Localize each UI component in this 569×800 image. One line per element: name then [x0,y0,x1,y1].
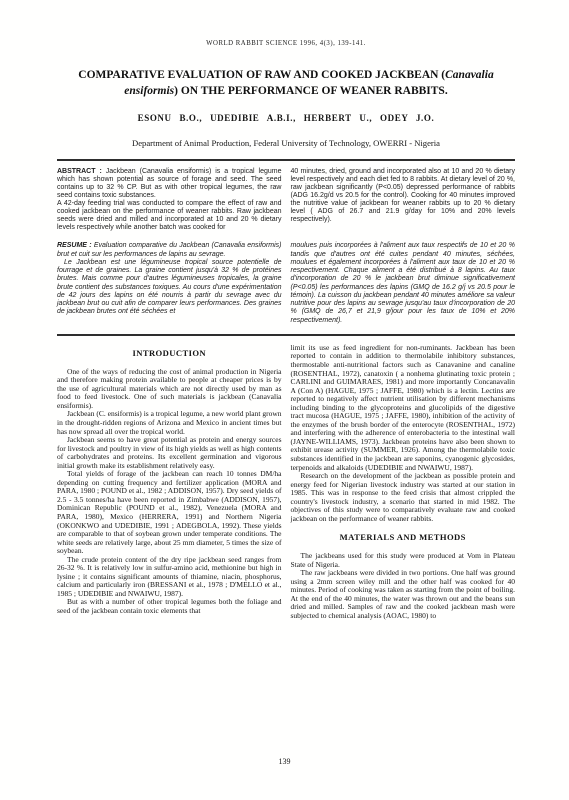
abstract-paragraph: 40 minutes, dried, ground and incorporat… [291,168,516,224]
abstract-right-column: 40 minutes, dried, ground and incorporat… [291,168,516,232]
body-paragraph: limit its use as feed ingredient for non… [291,344,516,472]
body-paragraph: Jackbean (C. ensiformis) is a tropical l… [57,410,282,436]
paper-title: COMPARATIVE EVALUATION OF RAW AND COOKED… [57,68,515,99]
abstract-left-column: ABSTRACT : Jackbean (Canavalia ensiformi… [57,168,282,232]
abstract-paragraph: A 42-day feeding trial was conducted to … [57,200,282,232]
body-paragraph: The raw jackbeans were divided in two po… [291,569,516,620]
page-number: 139 [0,757,569,766]
abstract-label: ABSTRACT : [57,168,102,175]
resume-paragraph: moulues puis incorporées à l'aliment aux… [291,242,516,325]
resume-section: RESUME : Evaluation comparative du Jackb… [57,242,515,325]
title-part2: ) ON THE PERFORMANCE OF WEANER RABBITS. [174,85,448,97]
journal-header: WORLD RABBIT SCIENCE 1996, 4(3), 139-141… [57,40,515,47]
resume-label: RESUME : [57,242,92,249]
introduction-heading: INTRODUCTION [57,349,282,359]
body-paragraph: But as with a number of other tropical l… [57,598,282,615]
abstract-section: ABSTRACT : Jackbean (Canavalia ensiformi… [57,168,515,232]
abstract-paragraph: ABSTRACT : Jackbean (Canavalia ensiformi… [57,168,282,200]
resume-right-column: moulues puis incorporées à l'aliment aux… [291,242,516,325]
body-paragraph: The crude protein content of the dry rip… [57,556,282,599]
affiliation-line: Department of Animal Production, Federal… [57,138,515,148]
mid-divider [57,334,515,336]
body-paragraph: Research on the development of the jackb… [291,472,516,523]
resume-paragraph: Le Jackbean est une légumineuse tropical… [57,259,282,317]
body-left-column: INTRODUCTION One of the ways of reducing… [57,344,282,621]
paper-page: WORLD RABBIT SCIENCE 1996, 4(3), 139-141… [0,0,569,800]
main-text: INTRODUCTION One of the ways of reducing… [57,344,515,621]
title-part1: COMPARATIVE EVALUATION OF RAW AND COOKED… [78,69,445,81]
body-right-column: limit its use as feed ingredient for non… [291,344,516,621]
materials-heading: MATERIALS AND METHODS [291,533,516,543]
body-paragraph: Jackbean seems to have great potential a… [57,436,282,470]
resume-title-paragraph: RESUME : Evaluation comparative du Jackb… [57,242,282,259]
resume-left-column: RESUME : Evaluation comparative du Jackb… [57,242,282,325]
authors-line: ESONU B.O., UDEDIBIE A.B.I., HERBERT U.,… [57,113,515,123]
top-divider [57,159,515,161]
body-paragraph: One of the ways of reducing the cost of … [57,368,282,411]
body-paragraph: The jackbeans used for this study were p… [291,552,516,569]
body-paragraph: Total yields of forage of the jackbean c… [57,470,282,555]
